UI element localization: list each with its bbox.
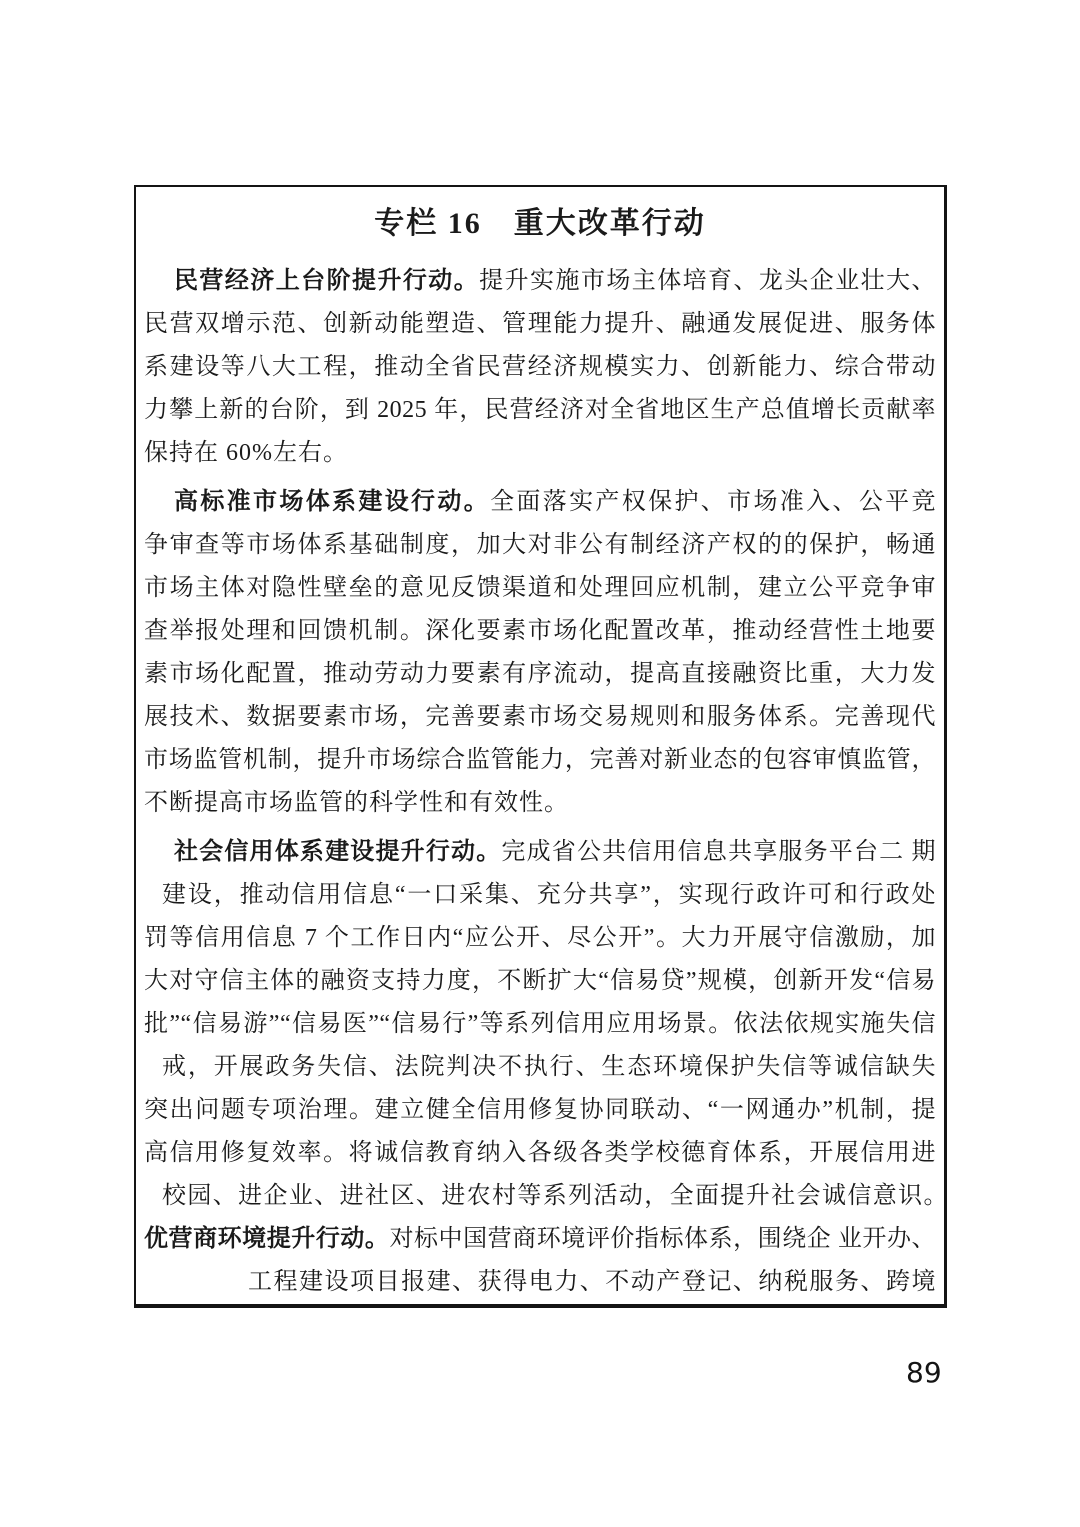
text-run: 争审查等市场体系基础制度，加大对非公有制经济产权的的保护，畅通 bbox=[144, 532, 936, 558]
text-line: 民营经济上台阶提升行动。提升实施市场主体培育、龙头企业壮大、 bbox=[144, 260, 936, 303]
text-line: 建设，推动信用信息“一口采集、充分共享”，实现行政许可和行政处 bbox=[144, 874, 936, 917]
text-line: 市场主体对隐性壁垒的意见反馈渠道和处理回应机制，建立公平竞争审 bbox=[144, 567, 936, 610]
text-run: 校园、进企业、进社区、进农村等系列活动，全面提升社会诚信意识。 bbox=[162, 1183, 936, 1209]
text-run: 批”“信易游”“信易医”“信易行”等系列信用应用场景。依法依规实施失信 惩 bbox=[144, 1011, 936, 1046]
text-line: 工程建设项目报建、获得电力、不动产登记、纳税服务、跨境 bbox=[144, 1261, 936, 1304]
text-run: 工程建设项目报建、获得电力、不动产登记、纳税服务、跨境 bbox=[248, 1269, 936, 1295]
text-run: 不断提高市场监管的科学性和有效性。 bbox=[144, 790, 569, 816]
text-run: 展技术、数据要素市场，完善要素市场交易规则和服务体系。完善现代 bbox=[144, 704, 936, 730]
text-line: 社会信用体系建设提升行动。完成省公共信用信息共享服务平台二 期 bbox=[144, 831, 936, 874]
text-line: 查举报处理和回馈机制。深化要素市场化配置改革，推动经营性土地要 bbox=[144, 610, 936, 653]
bold-run: 社会信用体系建设提升行动。 bbox=[174, 839, 501, 865]
page-number: 89 bbox=[906, 1356, 942, 1389]
text-run: 系建设等八大工程，推动全省民营经济规模实力、创新能力、综合带动 bbox=[144, 354, 936, 380]
text-run: 高信用修复效率。将诚信教育纳入各级各类学校德育体系，开展信用进 bbox=[144, 1140, 936, 1166]
text-line: 系建设等八大工程，推动全省民营经济规模实力、创新能力、综合带动 bbox=[144, 346, 936, 389]
text-line: 高标准市场体系建设行动。全面落实产权保护、市场准入、公平竞 bbox=[144, 481, 936, 524]
text-line: 素市场化配置，推动劳动力要素有序流动，提高直接融资比重，大力发 bbox=[144, 653, 936, 696]
text-run: 完成省公共信用信息共享服务平台二 期 bbox=[501, 839, 936, 865]
text-line: 展技术、数据要素市场，完善要素市场交易规则和服务体系。完善现代 bbox=[144, 696, 936, 739]
text-run: 查举报处理和回馈机制。深化要素市场化配置改革，推动经营性土地要 bbox=[144, 618, 936, 644]
text-line: 校园、进企业、进社区、进农村等系列活动，全面提升社会诚信意识。 创 bbox=[144, 1175, 936, 1218]
text-line: 罚等信用信息 7 个工作日内“应公开、尽公开”。大力开展守信激励，加 bbox=[144, 917, 936, 960]
text-line: 高信用修复效率。将诚信教育纳入各级各类学校德育体系，开展信用进 bbox=[144, 1132, 936, 1175]
text-run: 保持在 60%左右。 bbox=[144, 440, 348, 466]
box-title: 专栏 16 重大改革行动 bbox=[144, 202, 936, 246]
text-run: 戒，开展政务失信、法院判决不执行、生态环境保护失信等诚信缺失 bbox=[162, 1054, 936, 1080]
text-run: 市场主体对隐性壁垒的意见反馈渠道和处理回应机制，建立公平竞争审 bbox=[144, 575, 936, 601]
bold-run: 高标准市场体系建设行动。 bbox=[174, 489, 490, 515]
text-run: 大对守信主体的融资支持力度，不断扩大“信易贷”规模，创新开发“信易 bbox=[144, 968, 936, 994]
text-line: 突出问题专项治理。建立健全信用修复协同联动、“一网通办”机制，提 bbox=[144, 1089, 936, 1132]
text-run: 突出问题专项治理。建立健全信用修复协同联动、“一网通办”机制，提 bbox=[144, 1097, 936, 1123]
bold-run: 优营商环境提升行动。 bbox=[144, 1226, 389, 1252]
bold-run: 民营经济上台阶提升行动。 bbox=[174, 268, 479, 294]
text-run: 建设，推动信用信息“一口采集、充分共享”，实现行政许可和行政处 bbox=[162, 882, 936, 908]
text-line: 批”“信易游”“信易医”“信易行”等系列信用应用场景。依法依规实施失信 惩 bbox=[144, 1003, 936, 1046]
text-line: 力攀上新的台阶，到 2025 年，民营经济对全省地区生产总值增长贡献率 bbox=[144, 389, 936, 432]
text-line: 保持在 60%左右。 bbox=[144, 432, 936, 475]
text-line: 民营双增示范、创新动能塑造、管理能力提升、融通发展促进、服务体 bbox=[144, 303, 936, 346]
text-line: 戒，开展政务失信、法院判决不执行、生态环境保护失信等诚信缺失 bbox=[144, 1046, 936, 1089]
text-line: 不断提高市场监管的科学性和有效性。 bbox=[144, 782, 936, 825]
text-run: 市场监管机制，提升市场综合监管能力，完善对新业态的包容审慎监管， bbox=[144, 747, 936, 773]
text-run: 提升实施市场主体培育、龙头企业壮大、 bbox=[479, 268, 936, 294]
text-run: 对标中国营商环境评价指标体系，围绕企 业开办、 bbox=[389, 1226, 936, 1252]
text-run: 力攀上新的台阶，到 2025 年，民营经济对全省地区生产总值增长贡献率 bbox=[144, 397, 936, 423]
text-run: 素市场化配置，推动劳动力要素有序流动，提高直接融资比重，大力发 bbox=[144, 661, 936, 687]
text-run: 民营双增示范、创新动能塑造、管理能力提升、融通发展促进、服务体 bbox=[144, 311, 936, 337]
text-line: 大对守信主体的融资支持力度，不断扩大“信易贷”规模，创新开发“信易 bbox=[144, 960, 936, 1003]
text-line: 争审查等市场体系基础制度，加大对非公有制经济产权的的保护，畅通 bbox=[144, 524, 936, 567]
column-box: 专栏 16 重大改革行动 民营经济上台阶提升行动。提升实施市场主体培育、龙头企业… bbox=[134, 185, 947, 1308]
text-line: 市场监管机制，提升市场综合监管能力，完善对新业态的包容审慎监管， bbox=[144, 739, 936, 782]
text-run: 罚等信用信息 7 个工作日内“应公开、尽公开”。大力开展守信激励，加 bbox=[144, 925, 936, 951]
text-line: 优营商环境提升行动。对标中国营商环境评价指标体系，围绕企 业开办、 bbox=[144, 1218, 936, 1261]
text-run: 全面落实产权保护、市场准入、公平竞 bbox=[490, 489, 936, 515]
